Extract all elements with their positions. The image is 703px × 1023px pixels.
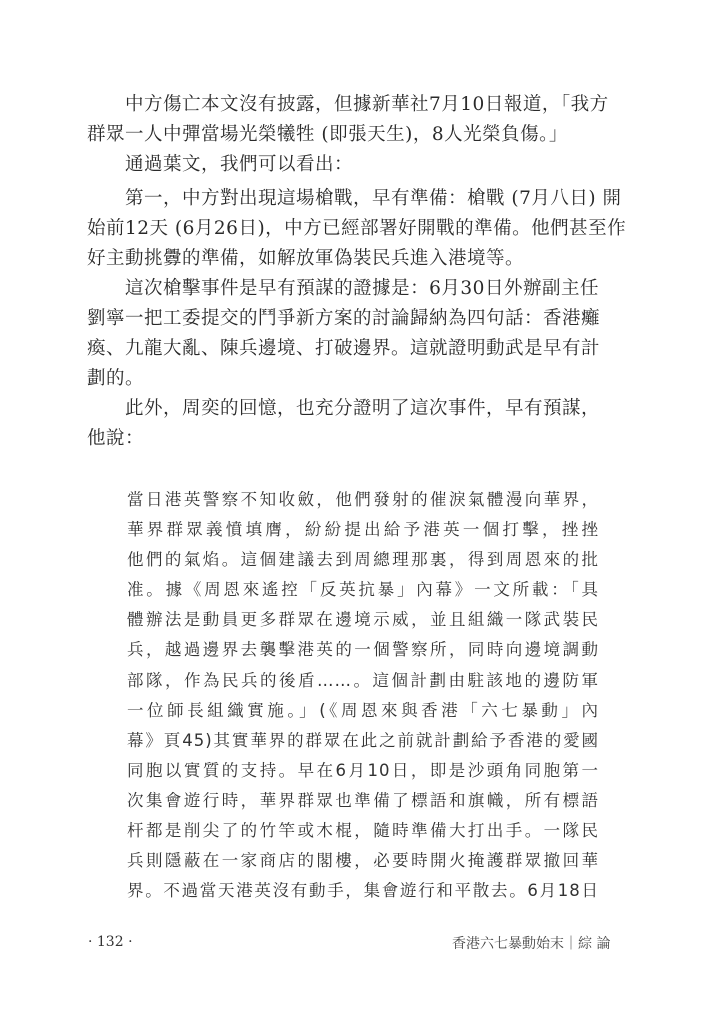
body-line: 始前12天 (6月26日)，中方已經部署好開戰的準備。他們甚至作 [87,214,599,244]
body-line: 他說： [87,424,599,454]
quote-line: 兵，越過邊界去襲擊港英的一個警察所，同時向邊境調動 [127,635,599,665]
quote-line: 部隊，作為民兵的後盾……。這個計劃由駐該地的邊防軍 [127,666,599,696]
body-line: 此外，周奕的回憶，也充分證明了這次事件，早有預謀， [87,394,599,424]
body-line: 好主動挑釁的準備，如解放軍偽裝民兵進入港境等。 [87,244,599,274]
quote-line: 次集會遊行時，華界群眾也準備了標語和旗幟，所有標語 [127,786,599,816]
page-number: · 132 · [88,934,133,950]
quote-line: 幕》頁45)其實華界的群眾在此之前就計劃給予香港的愛國 [127,726,599,756]
body-line: 群眾一人中彈當場光榮犧牲 (即張天生)，8人光榮負傷。」 [87,120,599,150]
block-quote: 當日港英警察不知收斂，他們發射的催淚氣體漫向華界， 華界群眾義憤填膺，紛紛提出給… [127,485,599,906]
quote-line: 杆都是削尖了的竹竿或木棍，隨時準備大打出手。一隊民 [127,816,599,846]
running-title: 香港六七暴動始末｜綜 論 [452,933,610,953]
body-line: 劃的。 [87,364,599,394]
body-line: 中方傷亡本文沒有披露，但據新華社7月10日報道，「我方 [87,90,599,120]
book-page: 中方傷亡本文沒有披露，但據新華社7月10日報道，「我方 群眾一人中彈當場光榮犧牲… [0,0,703,1023]
body-line: 通過葉文，我們可以看出： [87,150,599,180]
body-line: 第一，中方對出現這場槍戰，早有準備：槍戰 (7月八日) 開 [87,184,599,214]
quote-line: 體辦法是動員更多群眾在邊境示威，並且組織一隊武裝民 [127,605,599,635]
quote-line: 准。據《周恩來遙控「反英抗暴」內幕》一文所載：「具 [127,575,599,605]
body-line: 劉寧一把工委提交的鬥爭新方案的討論歸納為四句話：香港癱 [87,304,599,334]
quote-line: 當日港英警察不知收斂，他們發射的催淚氣體漫向華界， [127,485,599,515]
quote-line: 界。不過當天港英沒有動手，集會遊行和平散去。6月18日 [127,876,599,906]
quote-line: 同胞以實質的支持。早在6月10日，即是沙頭角同胞第一 [127,756,599,786]
quote-line: 華界群眾義憤填膺，紛紛提出給予港英一個打擊，挫挫 [127,515,599,545]
quote-line: 一位師長組織實施。」(《周恩來與香港「六七暴動」內 [127,696,599,726]
body-line: 這次槍擊事件是早有預謀的證據是：6月30日外辦副主任 [87,274,599,304]
body-line: 瘓、九龍大亂、陳兵邊境、打破邊界。這就證明動武是早有計 [87,334,599,364]
quote-line: 兵則隱蔽在一家商店的閣樓，必要時開火掩護群眾撤回華 [127,846,599,876]
quote-line: 他們的氣焰。這個建議去到周總理那裏，得到周恩來的批 [127,545,599,575]
body-text: 中方傷亡本文沒有披露，但據新華社7月10日報道，「我方 群眾一人中彈當場光榮犧牲… [87,90,599,454]
